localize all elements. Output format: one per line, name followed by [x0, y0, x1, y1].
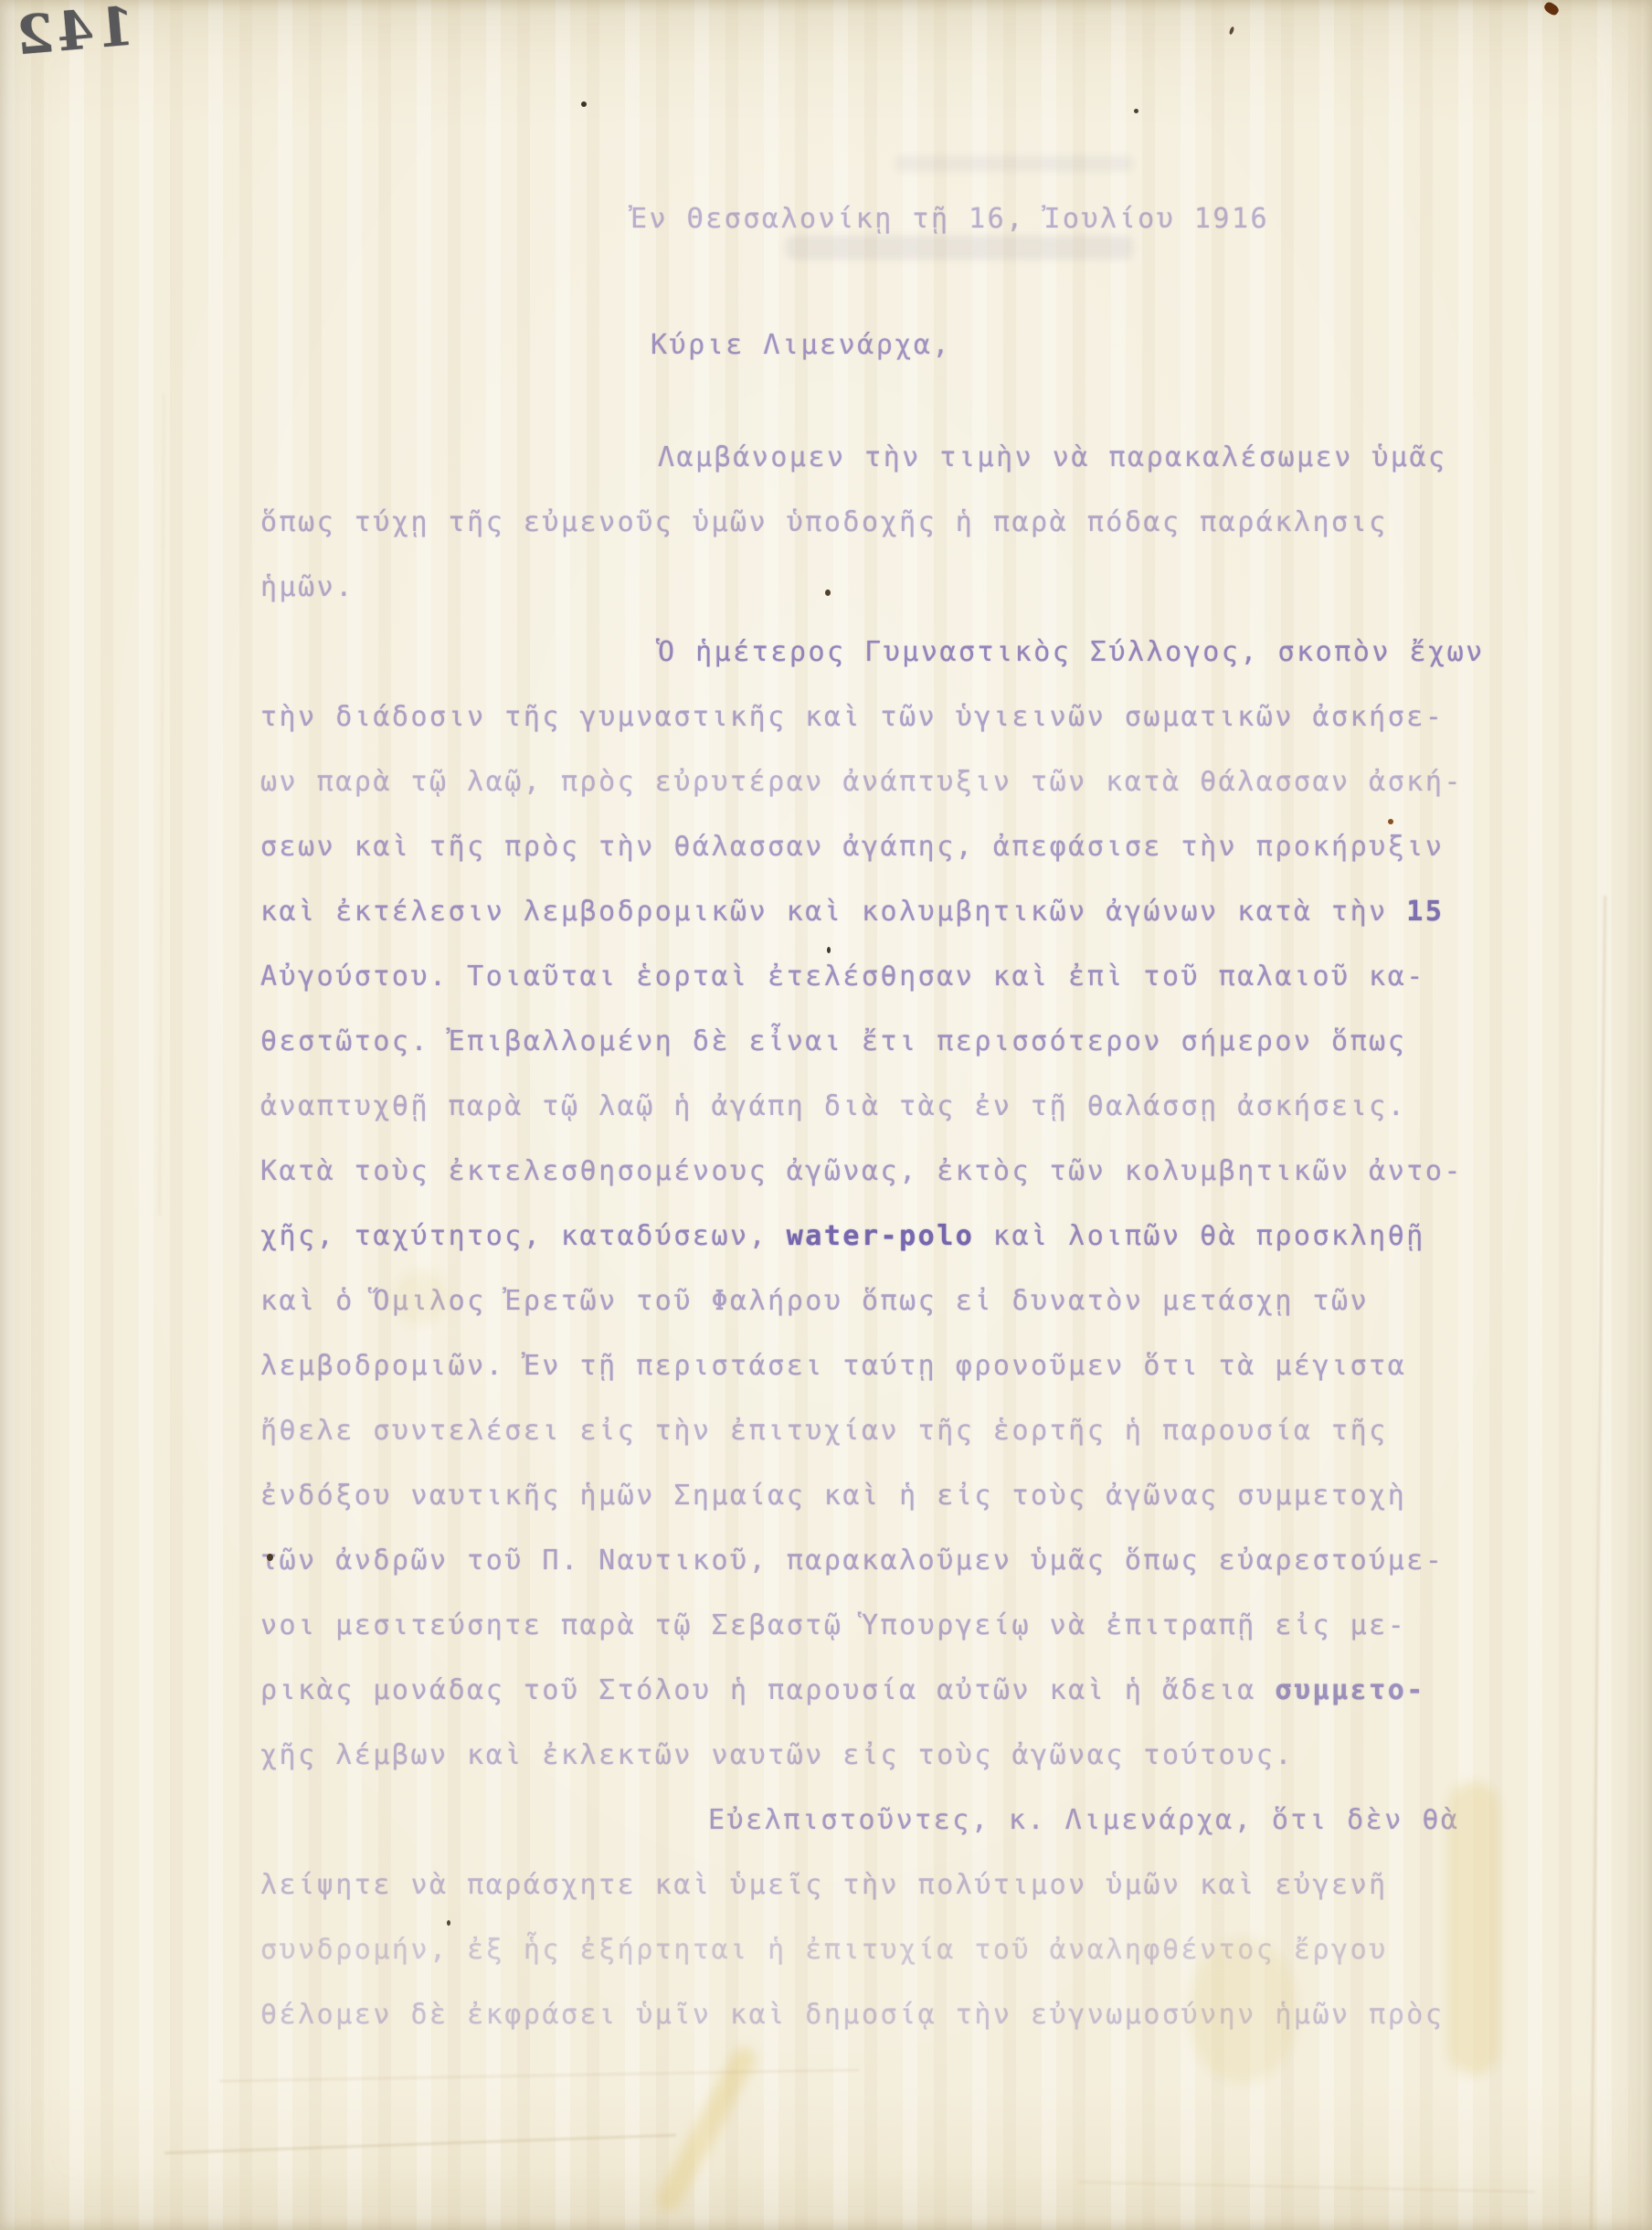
text-segment: χῆς, ταχύτητος, καταδύσεων,	[260, 1220, 787, 1252]
letter-line: ρικὰς μονάδας τοῦ Στόλου ἡ παρουσία αὐτῶ…	[260, 1674, 1485, 1739]
text-segment: τῶν ἀνδρῶν τοῦ Π. Ναυτικοῦ, παρακαλοῦμεν…	[260, 1545, 1444, 1577]
letter-line: ὅπως τύχῃ τῆς εὐμενοῦς ὑμῶν ὑποδοχῆς ἡ π…	[260, 506, 1485, 571]
text-segment: λείψητε νὰ παράσχητε καὶ ὑμεῖς τὴν πολύτ…	[260, 1869, 1388, 1901]
letter-line: συνδρομήν, ἐξ ἧς ἐξήρτηται ἡ ἐπιτυχία το…	[260, 1934, 1485, 1999]
letter-line: ων παρὰ τῷ λαῷ, πρὸς εὐρυτέραν ἀνάπτυξιν…	[260, 766, 1485, 831]
paper-speck	[827, 947, 831, 953]
text-segment: Αὐγούστου. Τοιαῦται ἑορταὶ ἐτελέσθησαν κ…	[260, 961, 1425, 993]
letter-line: λείψητε νὰ παράσχητε καὶ ὑμεῖς τὴν πολύτ…	[260, 1869, 1485, 1934]
text-segment: καὶ λοιπῶν θὰ προσκληθῇ	[974, 1220, 1424, 1252]
text-segment: θεστῶτος. Ἐπιβαλλομένη δὲ εἶναι ἔτι περι…	[260, 1025, 1406, 1057]
yellow-stain	[1188, 1938, 1297, 2084]
text-segment: ἤθελε συντελέσει εἰς τὴν ἐπιτυχίαν τῆς ἑ…	[260, 1415, 1388, 1447]
text-segment: νοι μεσιτεύσητε παρὰ τῷ Σεβαστῷ Ὑπουργεί…	[260, 1609, 1406, 1641]
paper-speck	[1134, 109, 1138, 113]
letter-line: ἡμῶν.	[260, 571, 1485, 636]
text-segment: ὅπως τύχῃ τῆς εὐμενοῦς ὑμῶν ὑποδοχῆς ἡ π…	[260, 506, 1388, 538]
letter-line: χῆς λέμβων καὶ ἐκλεκτῶν ναυτῶν εἰς τοὺς …	[260, 1739, 1485, 1804]
emphasized-text: 15	[1406, 896, 1444, 928]
text-segment: καὶ ἐκτέλεσιν λεμβοδρομικῶν καὶ κολυμβητ…	[260, 896, 1406, 928]
letter-line: χῆς, ταχύτητος, καταδύσεων, water-polo κ…	[260, 1220, 1485, 1285]
text-segment: ἀναπτυχθῇ παρὰ τῷ λαῷ ἡ ἀγάπη διὰ τὰς ἐν…	[260, 1090, 1406, 1122]
letter-line: θεστῶτος. Ἐπιβαλλομένη δὲ εἶναι ἔτι περι…	[260, 1025, 1485, 1090]
paper-speck	[267, 1554, 273, 1561]
scanned-letter-page: 142 Ἐν Θεσσαλονίκῃ τῇ 16, Ἰουλίου 1916 Κ…	[0, 0, 1652, 2230]
paper-speck	[581, 101, 587, 107]
letter-salutation: Κύριε Λιμενάρχα,	[651, 329, 951, 361]
text-segment: ων παρὰ τῷ λαῷ, πρὸς εὐρυτέραν ἀνάπτυξιν…	[260, 766, 1463, 798]
text-segment: Εὐελπιστοῦντες, κ. Λιμενάρχα, ὅτι δὲν θὰ	[708, 1804, 1459, 1836]
letter-line: λεμβοδρομιῶν. Ἐν τῇ περιστάσει ταύτῃ φρο…	[260, 1350, 1485, 1415]
text-segment: Ὁ ἡμέτερος Γυμναστικὸς Σύλλογος, σκοπὸν …	[658, 636, 1485, 668]
letter-line: Λαμβάνομεν τὴν τιμὴν νὰ παρακαλέσωμεν ὑμ…	[658, 441, 1485, 506]
letter-line: Κατὰ τοὺς ἐκτελεσθησομένους ἀγῶνας, ἐκτὸ…	[260, 1155, 1485, 1220]
yellow-stain	[1448, 1782, 1498, 2075]
letter-line: νοι μεσιτεύσητε παρὰ τῷ Σεβαστῷ Ὑπουργεί…	[260, 1609, 1485, 1674]
letter-line: τῶν ἀνδρῶν τοῦ Π. Ναυτικοῦ, παρακαλοῦμεν…	[260, 1545, 1485, 1609]
text-segment: σεων καὶ τῆς πρὸς τὴν θάλασσαν ἀγάπης, ἀ…	[260, 831, 1444, 863]
emphasized-text: συμμετο-	[1275, 1674, 1425, 1706]
paper-crease	[1590, 896, 1605, 2230]
paper-speck	[825, 589, 831, 596]
letter-line: ἀναπτυχθῇ παρὰ τῷ λαῷ ἡ ἀγάπη διὰ τὰς ἐν…	[260, 1090, 1485, 1155]
text-segment: ρικὰς μονάδας τοῦ Στόλου ἡ παρουσία αὐτῶ…	[260, 1674, 1275, 1706]
letter-line: Ὁ ἡμέτερος Γυμναστικὸς Σύλλογος, σκοπὸν …	[658, 636, 1485, 701]
letter-line: καὶ ἐκτέλεσιν λεμβοδρομικῶν καὶ κολυμβητ…	[260, 896, 1485, 961]
letter-dateline: Ἐν Θεσσαλονίκῃ τῇ 16, Ἰουλίου 1916	[630, 203, 1269, 235]
text-segment: Λαμβάνομεν τὴν τιμὴν νὰ παρακαλέσωμεν ὑμ…	[658, 441, 1447, 473]
text-segment: ἡμῶν.	[260, 571, 355, 603]
paper-speck	[447, 1920, 450, 1926]
letter-line: Αὐγούστου. Τοιαῦται ἑορταὶ ἐτελέσθησαν κ…	[260, 961, 1485, 1025]
paper-crease	[164, 2134, 676, 2154]
emphasized-text: water-polo	[787, 1220, 975, 1252]
paper-speck	[1388, 819, 1393, 824]
text-segment: ἐνδόξου ναυτικῆς ἡμῶν Σημαίας καὶ ἡ εἰς …	[260, 1480, 1406, 1512]
paper-speck	[1229, 27, 1235, 36]
archive-number-stamp: 142	[10, 0, 136, 68]
paper-crease	[219, 2069, 859, 2082]
letter-body: Λαμβάνομεν τὴν τιμὴν νὰ παρακαλέσωμεν ὑμ…	[260, 441, 1485, 2064]
yellow-stain	[393, 1270, 448, 1325]
text-segment: τὴν διάδοσιν τῆς γυμναστικῆς καὶ τῶν ὑγι…	[260, 701, 1444, 733]
paper-crease	[1078, 2182, 1535, 2193]
text-segment: Κατὰ τοὺς ἐκτελεσθησομένους ἀγῶνας, ἐκτὸ…	[260, 1155, 1463, 1187]
text-segment: χῆς λέμβων καὶ ἐκλεκτῶν ναυτῶν εἰς τοὺς …	[260, 1739, 1294, 1771]
text-segment: λεμβοδρομιῶν. Ἐν τῇ περιστάσει ταύτῃ φρο…	[260, 1350, 1406, 1382]
ink-bleed-smudge	[786, 236, 1133, 260]
yellow-stain	[653, 2044, 760, 2216]
ink-bleed-smudge	[895, 155, 1133, 172]
letter-line: ἤθελε συντελέσει εἰς τὴν ἐπιτυχίαν τῆς ἑ…	[260, 1415, 1485, 1480]
letter-line: ἐνδόξου ναυτικῆς ἡμῶν Σημαίας καὶ ἡ εἰς …	[260, 1480, 1485, 1545]
letter-line: θέλομεν δὲ ἐκφράσει ὑμῖν καὶ δημοσίᾳ τὴν…	[260, 1999, 1485, 2064]
letter-line: Εὐελπιστοῦντες, κ. Λιμενάρχα, ὅτι δὲν θὰ	[708, 1804, 1485, 1869]
paper-crease	[159, 393, 165, 1216]
letter-line: σεων καὶ τῆς πρὸς τὴν θάλασσαν ἀγάπης, ἀ…	[260, 831, 1485, 896]
letter-line: τὴν διάδοσιν τῆς γυμναστικῆς καὶ τῶν ὑγι…	[260, 701, 1485, 766]
paper-stain	[1542, 0, 1560, 16]
